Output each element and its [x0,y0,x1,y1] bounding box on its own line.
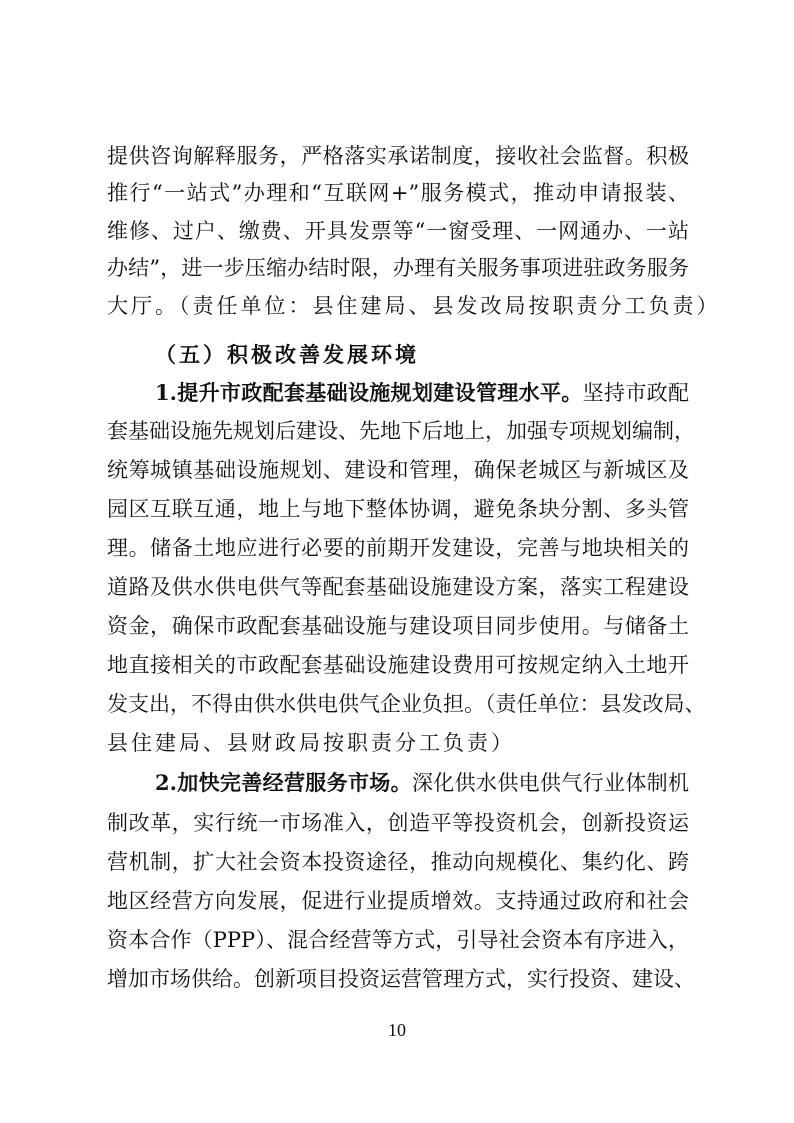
paragraph-line: 维修、过户、缴费、开具发票等“一窗受理、一网通办、一站 [107,216,689,246]
paragraph-line: 园区互联互通，地上与地下整体协调，避免条块分割、多头管 [107,494,689,524]
paragraph-line: 资金，确保市政配套基础设施与建设项目同步使用。与储备土 [107,611,689,641]
paragraph-line: 大厅。（责任单位：县住建局、县发改局按职责分工负责） [107,291,689,321]
paragraph-line: 推行“一站式”办理和“互联网+”服务模式，推动申请报装、 [107,178,689,208]
paragraph-line: 提供咨询解释服务，严格落实承诺制度，接收社会监督。积极 [107,141,689,171]
paragraph-line: 营机制，扩大社会资本投资途径，推动向规模化、集约化、跨 [107,847,689,877]
item-2-first-line-rest: 深化供水供电供气行业体制机 [412,771,689,795]
paragraph-line: 地区经营方向发展，促进行业提质增效。支持通过政府和社会 [107,886,689,916]
paragraph-line: 办结”，进一步压缩办结时限，办理有关服务事项进驻政务服务 [107,253,689,283]
paragraph-line: 制改革，实行统一市场准入，创造平等投资机会，创新投资运 [107,808,689,838]
paragraph-line: 道路及供水供电供气等配套基础设施建设方案，落实工程建设 [107,572,689,602]
paragraph-line: 统筹城镇基础设施规划、建设和管理，确保老城区与新城区及 [107,455,689,485]
item-1-first-line: 1.提升市政配套基础设施规划建设管理水平。坚持市政配 [155,378,689,408]
item-2-title: 2.加快完善经营服务市场。 [155,770,412,795]
paragraph-line: 地直接相关的市政配套基础设施建设费用可按规定纳入土地开 [107,650,689,680]
paragraph-line: 资本合作（PPP）、混合经营等方式，引导社会资本有序进入， [107,925,689,955]
section-heading: （五）积极改善发展环境 [155,340,689,370]
paragraph-line: 理。储备土地应进行必要的前期开发建设，完善与地块相关的 [107,533,689,563]
paragraph-line: 发支出，不得由供水供电供气企业负担。（责任单位：县发改局、 [107,689,689,719]
item-1-first-line-rest: 坚持市政配 [583,381,689,405]
page-number: 10 [377,1018,417,1042]
paragraph-line: 套基础设施先规划后建设、先地下后地上，加强专项规划编制， [107,416,689,446]
paragraph-line: 县住建局、县财政局按职责分工负责） [107,728,689,758]
paragraph-line: 增加市场供给。创新项目投资运营管理方式，实行投资、建设、 [107,964,689,994]
item-1-title: 1.提升市政配套基础设施规划建设管理水平。 [155,380,583,405]
item-2-first-line: 2.加快完善经营服务市场。深化供水供电供气行业体制机 [155,768,689,798]
document-page: 提供咨询解释服务，严格落实承诺制度，接收社会监督。积极 推行“一站式”办理和“互… [0,0,794,1123]
